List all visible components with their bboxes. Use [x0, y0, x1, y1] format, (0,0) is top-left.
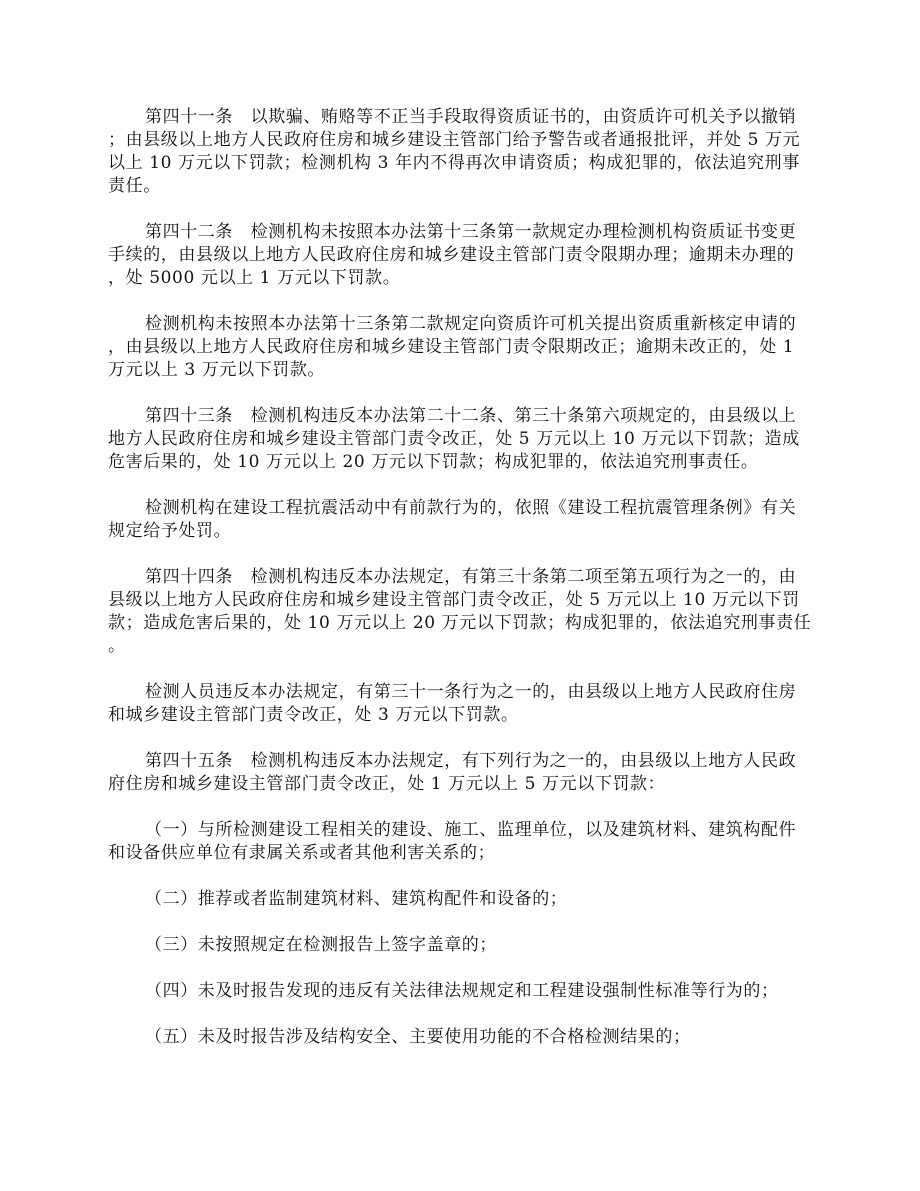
- list-item-line: （一）与所检测建设工程相关的建设、施工、监理单位，以及建筑材料、建筑构配件: [108, 819, 818, 842]
- list-item-line: 和设备供应单位有隶属关系或者其他利害关系的；: [108, 842, 818, 865]
- paragraph-line: 检测机构未按照本办法第十三条第二款规定向资质许可机关提出资质重新核定申请的: [108, 313, 818, 336]
- article-45-item-1: （一）与所检测建设工程相关的建设、施工、监理单位，以及建筑材料、建筑构配件 和设…: [108, 819, 818, 865]
- paragraph-line: 第四十五条 检测机构违反本办法规定，有下列行为之一的，由县级以上地方人民政: [108, 750, 818, 773]
- article-45-item-5: （五）未及时报告涉及结构安全、主要使用功能的不合格检测结果的；: [108, 1026, 818, 1049]
- list-item-line: （五）未及时报告涉及结构安全、主要使用功能的不合格检测结果的；: [108, 1026, 818, 1049]
- paragraph-line: 和城乡建设主管部门责令改正，处 3 万元以下罚款。: [108, 704, 818, 727]
- article-43: 第四十三条 检测机构违反本办法第二十二条、第三十条第六项规定的，由县级以上 地方…: [108, 405, 818, 474]
- article-45: 第四十五条 检测机构违反本办法规定，有下列行为之一的，由县级以上地方人民政 府住…: [108, 750, 818, 796]
- paragraph-line: 县级以上地方人民政府住房和城乡建设主管部门责令改正，处 5 万元以上 10 万元…: [108, 589, 818, 612]
- paragraph-line: 手续的，由县级以上地方人民政府住房和城乡建设主管部门责令限期办理；逾期未办理的: [108, 244, 818, 267]
- article-42-clause-2: 检测机构未按照本办法第十三条第二款规定向资质许可机关提出资质重新核定申请的 ，由…: [108, 313, 818, 382]
- paragraph-line: 第四十三条 检测机构违反本办法第二十二条、第三十条第六项规定的，由县级以上: [108, 405, 818, 428]
- paragraph-line: 款；造成危害后果的，处 10 万元以上 20 万元以下罚款；构成犯罪的，依法追究…: [108, 612, 818, 635]
- paragraph-line: 第四十二条 检测机构未按照本办法第十三条第一款规定办理检测机构资质证书变更: [108, 221, 818, 244]
- article-45-item-4: （四）未及时报告发现的违反有关法律法规规定和工程建设强制性标准等行为的；: [108, 980, 818, 1003]
- paragraph-line: 责任。: [108, 175, 818, 198]
- paragraph-line: 府住房和城乡建设主管部门责令改正，处 1 万元以上 5 万元以下罚款：: [108, 773, 818, 796]
- paragraph-line: 检测机构在建设工程抗震活动中有前款行为的，依照《建设工程抗震管理条例》有关: [108, 497, 818, 520]
- paragraph-line: ，由县级以上地方人民政府住房和城乡建设主管部门责令限期改正；逾期未改正的，处 1: [108, 336, 818, 359]
- paragraph-line: 规定给予处罚。: [108, 520, 818, 543]
- paragraph-line: 万元以上 3 万元以下罚款。: [108, 359, 818, 382]
- paragraph-line: 第四十四条 检测机构违反本办法规定，有第三十条第二项至第五项行为之一的，由: [108, 566, 818, 589]
- article-44-clause-2: 检测人员违反本办法规定，有第三十一条行为之一的，由县级以上地方人民政府住房 和城…: [108, 681, 818, 727]
- paragraph-line: 第四十一条 以欺骗、贿赂等不正当手段取得资质证书的，由资质许可机关予以撤销: [108, 106, 818, 129]
- article-45-item-2: （二）推荐或者监制建筑材料、建筑构配件和设备的；: [108, 888, 818, 911]
- article-43-clause-2: 检测机构在建设工程抗震活动中有前款行为的，依照《建设工程抗震管理条例》有关 规定…: [108, 497, 818, 543]
- paragraph-line: 以上 10 万元以下罚款；检测机构 3 年内不得再次申请资质；构成犯罪的，依法追…: [108, 152, 818, 175]
- list-item-line: （三）未按照规定在检测报告上签字盖章的；: [108, 934, 818, 957]
- article-45-item-3: （三）未按照规定在检测报告上签字盖章的；: [108, 934, 818, 957]
- article-44: 第四十四条 检测机构违反本办法规定，有第三十条第二项至第五项行为之一的，由 县级…: [108, 566, 818, 658]
- paragraph-line: ，处 5000 元以上 1 万元以下罚款。: [108, 267, 818, 290]
- paragraph-line: 危害后果的，处 10 万元以上 20 万元以下罚款；构成犯罪的，依法追究刑事责任…: [108, 451, 818, 474]
- paragraph-line: ；由县级以上地方人民政府住房和城乡建设主管部门给予警告或者通报批评，并处 5 万…: [108, 129, 818, 152]
- list-item-line: （四）未及时报告发现的违反有关法律法规规定和工程建设强制性标准等行为的；: [108, 980, 818, 1003]
- paragraph-line: 检测人员违反本办法规定，有第三十一条行为之一的，由县级以上地方人民政府住房: [108, 681, 818, 704]
- paragraph-line: 。: [108, 635, 818, 658]
- paragraph-line: 地方人民政府住房和城乡建设主管部门责令改正，处 5 万元以上 10 万元以下罚款…: [108, 428, 818, 451]
- document-page: 第四十一条 以欺骗、贿赂等不正当手段取得资质证书的，由资质许可机关予以撤销 ；由…: [108, 106, 818, 1072]
- article-41: 第四十一条 以欺骗、贿赂等不正当手段取得资质证书的，由资质许可机关予以撤销 ；由…: [108, 106, 818, 198]
- list-item-line: （二）推荐或者监制建筑材料、建筑构配件和设备的；: [108, 888, 818, 911]
- article-42: 第四十二条 检测机构未按照本办法第十三条第一款规定办理检测机构资质证书变更 手续…: [108, 221, 818, 290]
